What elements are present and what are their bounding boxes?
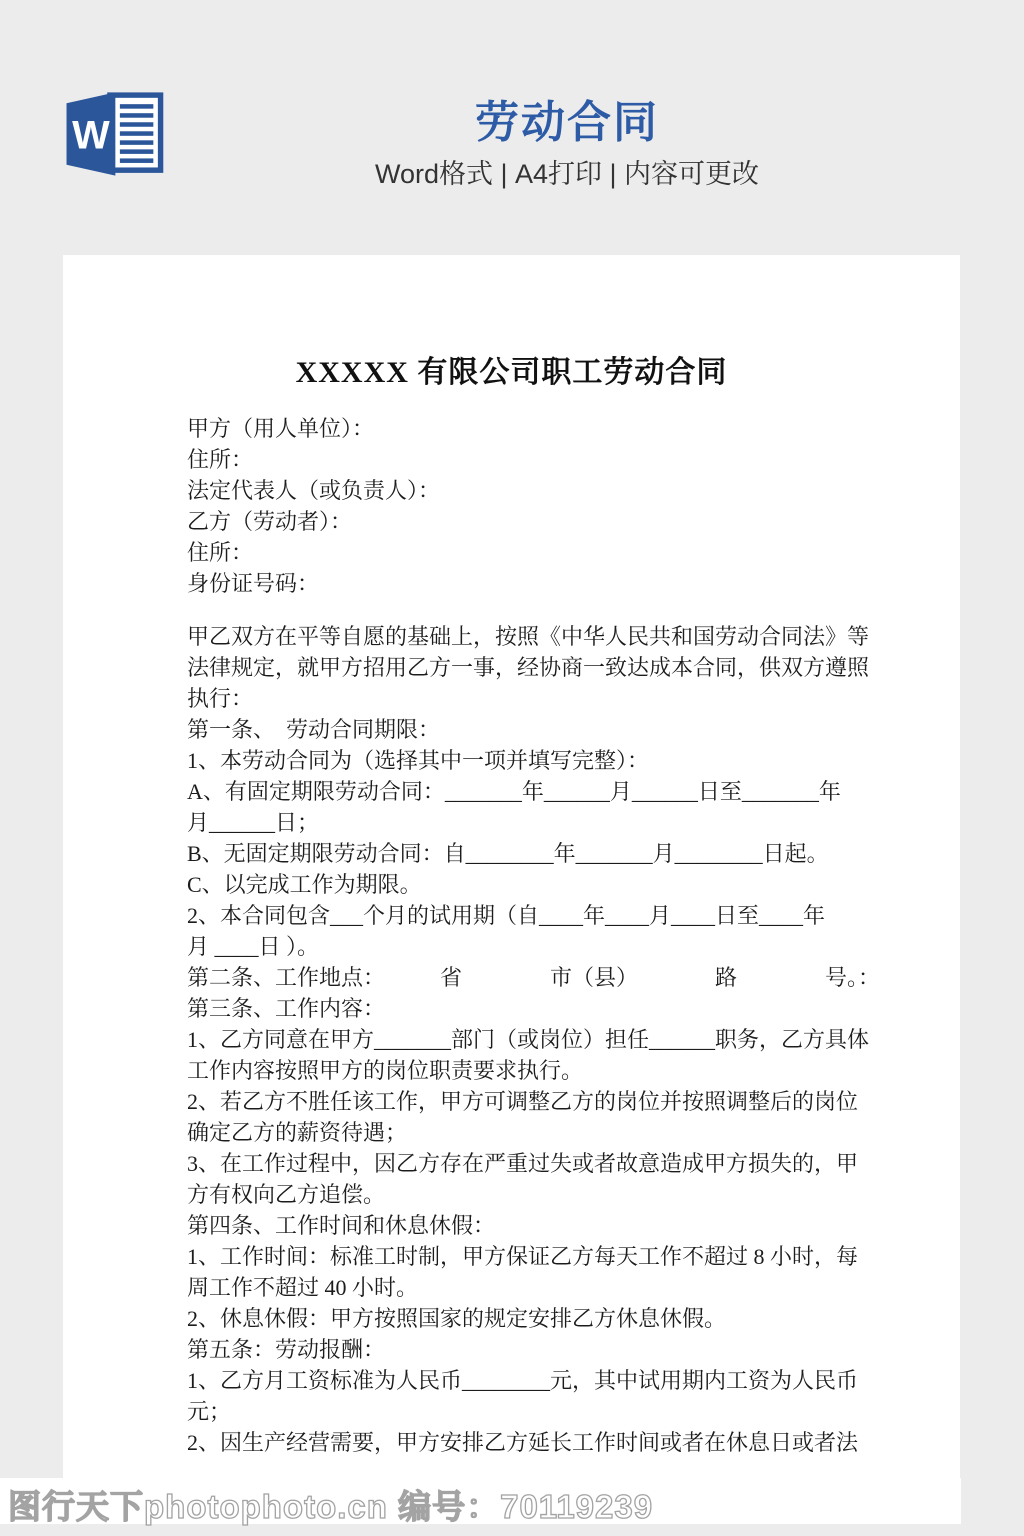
contract-line: 住所： — [187, 444, 440, 475]
contract-line: 乙方（劳动者）： — [187, 506, 440, 537]
contract-line: 住所： — [187, 537, 440, 568]
contract-line: 1、本劳动合同为（选择其中一项并填写完整）： — [187, 745, 880, 776]
contract-line: 周工作不超过 40 小时。 — [187, 1272, 880, 1303]
contract-line: B、无固定期限劳动合同：自________年_______月________日起… — [187, 838, 880, 869]
document-page: XXXXX 有限公司职工劳动合同 甲方（用人单位）：住所：法定代表人（或负责人）… — [63, 255, 960, 1524]
contract-line: 2、若乙方不胜任该工作，甲方可调整乙方的岗位并按照调整后的岗位 — [187, 1086, 880, 1117]
page-subtitle: Word格式 | A4打印 | 内容可更改 — [0, 152, 1024, 191]
watermark-text: 图行天下photophoto.cn 编号：70119239 — [8, 1481, 653, 1528]
contract-line: A、有固定期限劳动合同：_______年______月______日至_____… — [187, 776, 880, 807]
contract-line: 法律规定，就甲方招用乙方一事，经协商一致达成本合同，供双方遵照 — [187, 652, 880, 683]
contract-line: 2、本合同包含___个月的试用期（自____年____月____日至____年 — [187, 900, 880, 931]
page-title: 劳动合同 — [0, 86, 1024, 150]
contract-line: 3、在工作过程中，因乙方存在严重过失或者故意造成甲方损失的，甲 — [187, 1148, 880, 1179]
contract-line: C、以完成工作为期限。 — [187, 869, 880, 900]
contract-line: 元； — [187, 1396, 880, 1427]
contract-line: 1、乙方月工资标准为人民币________元，其中试用期内工资为人民币 — [187, 1365, 880, 1396]
contract-title: XXXXX 有限公司职工劳动合同 — [63, 347, 960, 391]
contract-line: 甲方（用人单位）： — [187, 413, 440, 444]
contract-line: 工作内容按照甲方的岗位职责要求执行。 — [187, 1055, 880, 1086]
contract-line: 身份证号码： — [187, 568, 440, 599]
contract-line: 2、休息休假：甲方按照国家的规定安排乙方休息休假。 — [187, 1303, 880, 1334]
contract-line: 执行： — [187, 683, 880, 714]
contract-line: 月______日； — [187, 807, 880, 838]
template-preview-page: { "header": { "title": "劳动合同", "subtitle… — [0, 0, 1024, 1536]
contract-line: 第五条：劳动报酬： — [187, 1334, 880, 1365]
contract-line: 确定乙方的薪资待遇； — [187, 1117, 880, 1148]
contract-line: 1、工作时间：标准工时制，甲方保证乙方每天工作不超过 8 小时，每 — [187, 1241, 880, 1272]
contract-line: 甲乙双方在平等自愿的基础上，按照《中华人民共和国劳动合同法》等 — [187, 621, 880, 652]
watermark-bar: 图行天下photophoto.cn 编号：70119239 — [0, 1478, 961, 1524]
contract-line: 第三条、工作内容： — [187, 993, 880, 1024]
contract-line: 月 ____日 ）。 — [187, 931, 880, 962]
contract-line: 2、因生产经营需要，甲方安排乙方延长工作时间或者在休息日或者法 — [187, 1427, 880, 1458]
contract-line: 第二条、工作地点： 省 市（县） 路 号。： — [187, 962, 880, 993]
contract-line: 1、乙方同意在甲方_______部门（或岗位）担任______职务，乙方具体 — [187, 1024, 880, 1055]
contract-line: 方有权向乙方追偿。 — [187, 1179, 880, 1210]
contract-line: 第一条、 劳动合同期限： — [187, 714, 880, 745]
contract-line: 法定代表人（或负责人）： — [187, 475, 440, 506]
contract-line: 第四条、工作时间和休息休假： — [187, 1210, 880, 1241]
party-info-block: 甲方（用人单位）：住所：法定代表人（或负责人）：乙方（劳动者）：住所：身份证号码… — [187, 413, 440, 599]
contract-body-block: 甲乙双方在平等自愿的基础上，按照《中华人民共和国劳动合同法》等法律规定，就甲方招… — [187, 621, 880, 1458]
